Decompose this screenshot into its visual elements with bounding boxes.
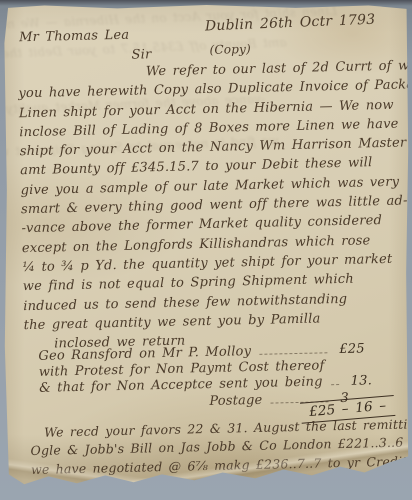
letter-ink-layer: Linen shipt for your Acct on the Hiberni… xyxy=(0,0,412,498)
salutation: Sir xyxy=(131,47,151,62)
copy-note: (Copy) xyxy=(209,42,251,57)
letter-body: We refer to our last of 2d Currt of whic… xyxy=(18,57,405,355)
dotted-leader xyxy=(331,384,339,385)
place-and-date: Dublin 26th Octr 1793 xyxy=(205,12,376,35)
photo-background: Linen shipt for your Acct on the Hiberni… xyxy=(0,0,412,500)
account-row-amount: 13. xyxy=(345,373,389,389)
account-row-label: Postage xyxy=(209,392,262,408)
dotted-leader xyxy=(259,352,327,355)
closing-paragraph: We recd your favors 22 & 31. August the … xyxy=(30,415,412,479)
letter-paper: Linen shipt for your Acct on the Hiberni… xyxy=(4,4,409,493)
recipient-name: Mr Thomas Lea xyxy=(19,28,129,45)
account-row-amount: £25 xyxy=(333,341,387,357)
account-row-amount xyxy=(334,368,388,369)
